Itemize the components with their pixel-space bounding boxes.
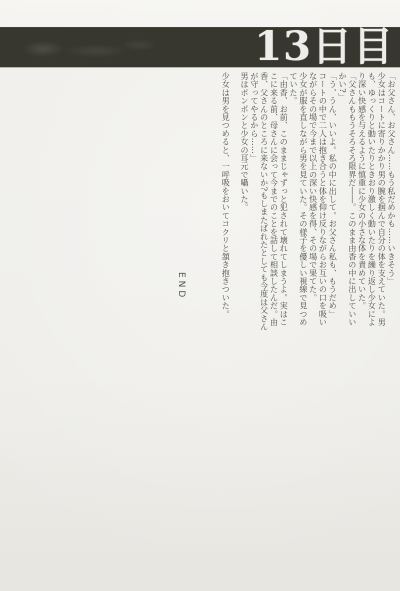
- story-paragraph: 「由香、お前、このままじゃずっと犯されて壊れてしまうよ。実はここに来る前、母さん…: [249, 72, 288, 332]
- story-paragraph: 少女は男を見つめると、一呼吸をおいてコクリと頷き抱きついた。: [220, 72, 230, 332]
- chapter-title: 13日目: [254, 25, 394, 69]
- scanned-book-page: 13日目 「お父さん、お父さん……もう私だめかも……いきそう」 少女はコートに寄…: [0, 0, 400, 591]
- story-paragraph: 「う、うん、いいよ。私の中に出して。お父さん私も、もうだめ」: [327, 72, 337, 332]
- story-paragraph: コートの中で二人は抱き合うと体を仰け反りながらお互いの口を吸いながらその場で今ま…: [308, 72, 328, 332]
- paper-shading: [0, 371, 400, 591]
- story-paragraph: 「父さんももうそろそろ限界だ――。このまま由香の中に出していいかい?」: [337, 72, 357, 332]
- story-text-block: 「お父さん、お父さん……もう私だめかも……いきそう」 少女はコートに寄りかかり男…: [156, 72, 396, 332]
- end-label: END: [176, 272, 186, 300]
- story-paragraph: 「お父さん、お父さん……もう私だめかも……いきそう」: [386, 72, 396, 332]
- ink-showthrough-smudge: [0, 27, 240, 67]
- story-paragraph: 少女はコートに寄りかかり男の腕を掴んで自分の体を支えていた。男も、ゆっくりと動い…: [357, 72, 386, 332]
- story-paragraph: 少女が服を直しながら男を見ていた。その様子を優しい視線で見つめていた。: [288, 72, 308, 332]
- story-paragraph: 男はポンポンと少女の耳元で囁いた。: [239, 72, 249, 332]
